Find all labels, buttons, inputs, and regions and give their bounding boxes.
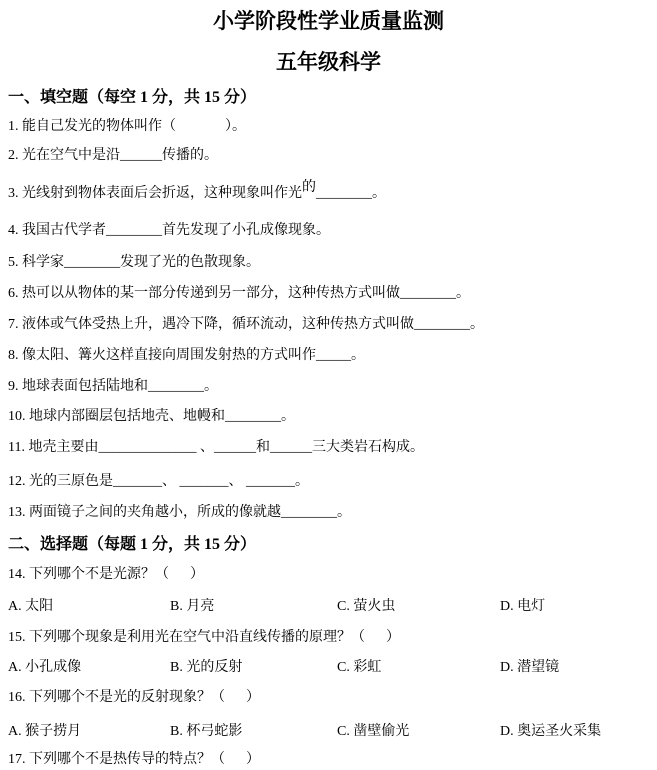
- option-15-a: A. 小孔成像: [8, 656, 81, 676]
- option-16-a: A. 猴子捞月: [8, 720, 81, 740]
- options-row-15: A. 小孔成像 B. 光的反射 C. 彩虹 D. 潜望镜: [0, 656, 657, 676]
- question-6: 6. 热可以从物体的某一部分传递到另一部分，这种传热方式叫做________。: [8, 285, 470, 303]
- question-13: 13. 两面镜子之间的夹角越小，所成的像就越________。: [8, 504, 351, 522]
- question-3-superscript: 的: [302, 180, 316, 195]
- option-14-a: A. 太阳: [8, 595, 53, 615]
- question-3-text: 3. 光线射到物体表面后会折返，这种现象叫作光: [8, 186, 302, 201]
- exam-paper-page: 小学阶段性学业质量监测 五年级科学 一、填空题（每空 1 分，共 15 分） 1…: [0, 0, 657, 770]
- question-14: 14. 下列哪个不是光源？（ ）: [8, 566, 204, 584]
- question-11: 11. 地壳主要由______________ 、______和______三大…: [8, 439, 424, 457]
- section-choice-heading: 二、选择题（每题 1 分，共 15 分）: [8, 531, 256, 554]
- option-16-d: D. 奥运圣火采集: [500, 720, 601, 740]
- page-subtitle: 五年级科学: [0, 46, 657, 76]
- question-15: 15. 下列哪个现象是利用光在空气中沿直线传播的原理？（ ）: [8, 629, 400, 647]
- option-16-b: B. 杯弓蛇影: [170, 720, 242, 740]
- options-row-16: A. 猴子捞月 B. 杯弓蛇影 C. 凿壁偷光 D. 奥运圣火采集: [0, 720, 657, 740]
- option-15-c: C. 彩虹: [337, 656, 381, 676]
- option-15-b: B. 光的反射: [170, 656, 242, 676]
- question-5: 5. 科学家________发现了光的色散现象。: [8, 254, 260, 272]
- question-2: 2. 光在空气中是沿______传播的。: [8, 147, 218, 165]
- question-16: 16. 下列哪个不是光的反射现象？（ ）: [8, 689, 260, 707]
- options-row-14: A. 太阳 B. 月亮 C. 萤火虫 D. 电灯: [0, 595, 657, 615]
- question-7: 7. 液体或气体受热上升，遇冷下降，循环流动，这种传热方式叫做________。: [8, 316, 484, 334]
- page-title: 小学阶段性学业质量监测: [0, 5, 657, 35]
- option-16-c: C. 凿壁偷光: [337, 720, 409, 740]
- question-1: 1. 能自己发光的物体叫作（ ）。: [8, 118, 246, 136]
- question-10: 10. 地球内部圈层包括地壳、地幔和________。: [8, 408, 295, 426]
- option-14-d: D. 电灯: [500, 595, 545, 615]
- question-8: 8. 像太阳、篝火这样直接向周围发射热的方式叫作_____。: [8, 347, 365, 365]
- option-15-d: D. 潜望镜: [500, 656, 559, 676]
- question-4: 4. 我国古代学者________首先发现了小孔成像现象。: [8, 222, 330, 240]
- section-fill-in-heading: 一、填空题（每空 1 分，共 15 分）: [8, 84, 256, 107]
- question-12: 12. 光的三原色是_______、 _______、 _______。: [8, 473, 309, 491]
- question-9: 9. 地球表面包括陆地和________。: [8, 378, 218, 396]
- option-14-b: B. 月亮: [170, 595, 214, 615]
- question-3-blank: ________。: [316, 186, 386, 201]
- option-14-c: C. 萤火虫: [337, 595, 395, 615]
- question-17: 17. 下列哪个不是热传导的特点？（ ）: [8, 751, 260, 769]
- question-3: 3. 光线射到物体表面后会折返，这种现象叫作光的________。: [8, 185, 386, 203]
